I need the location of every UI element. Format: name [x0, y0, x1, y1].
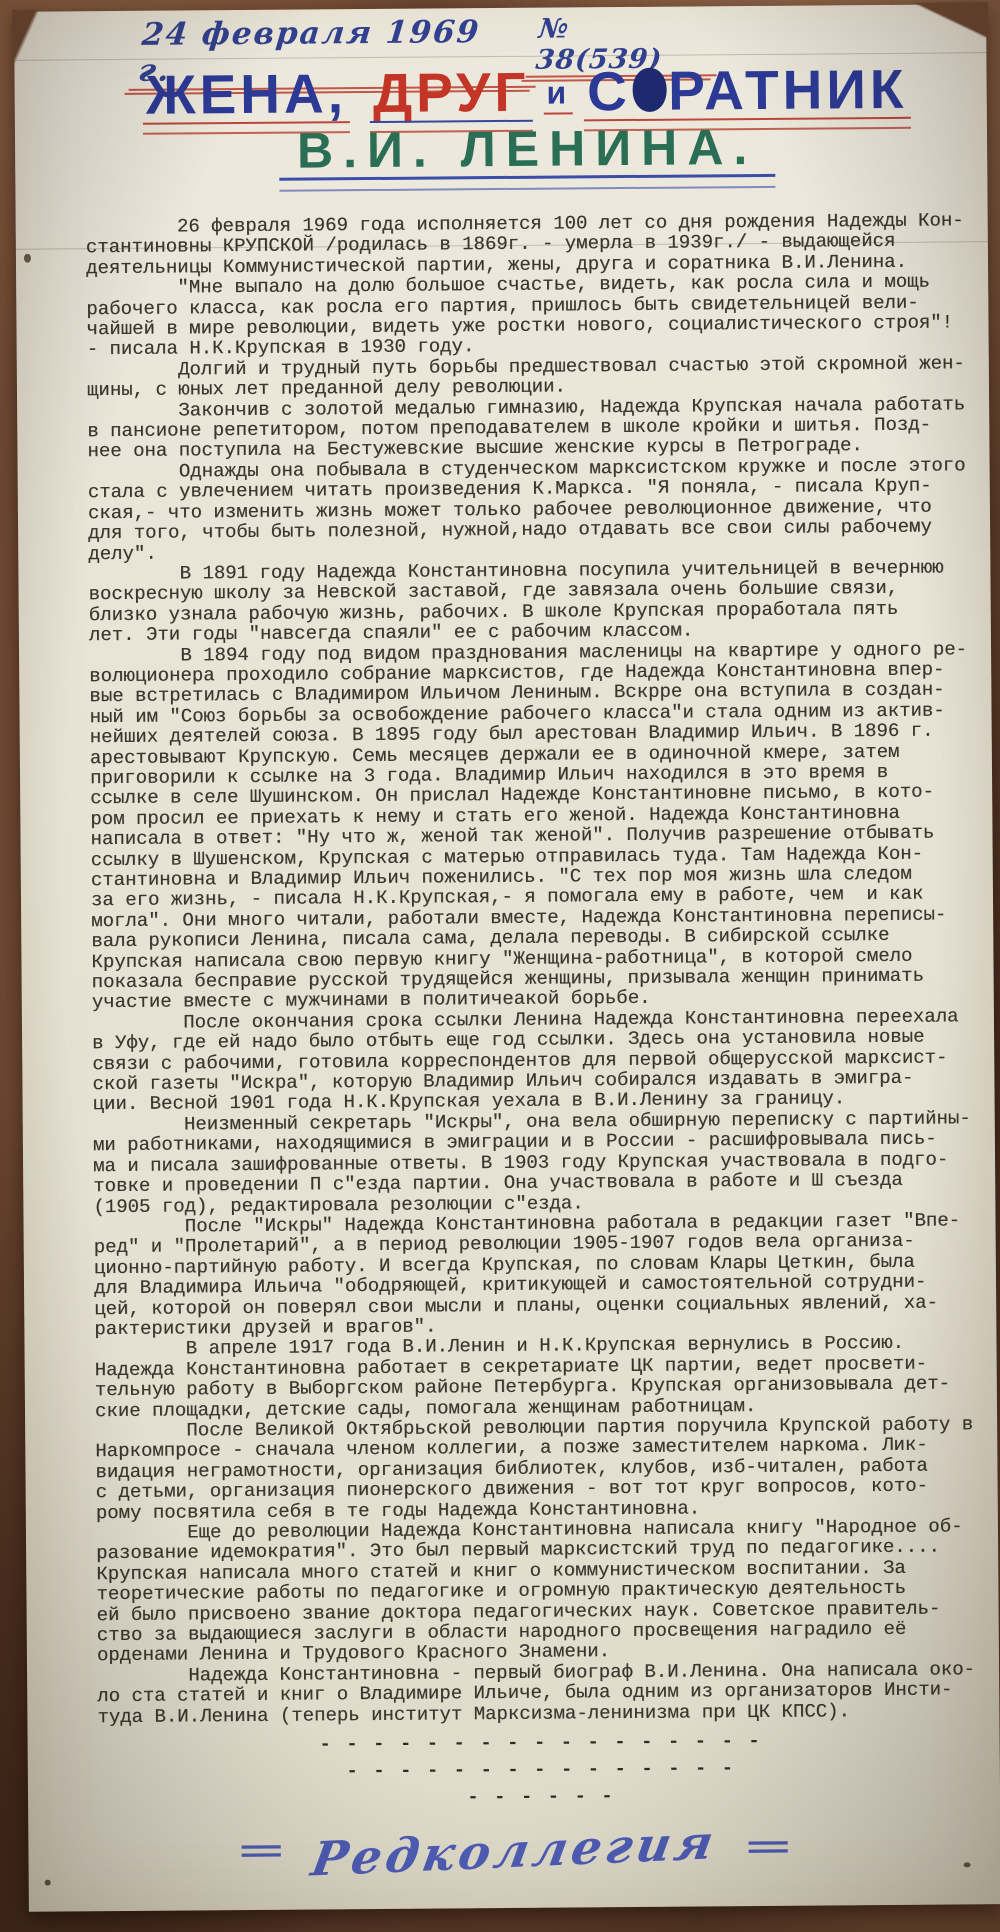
filled-letter-o — [632, 68, 666, 112]
paper-speck — [24, 254, 31, 263]
body-paragraph: "Мне выпало на долю большое счастье, вид… — [86, 272, 973, 361]
body-paragraph: В 1894 году под видом празднования масле… — [89, 639, 978, 1013]
body-paragraph: После Великой Октябрьской революции парт… — [95, 1414, 982, 1523]
dash-row: - - - - - - — [98, 1780, 984, 1814]
body-paragraph: После окончания срока ссылки Ленина Наде… — [92, 1006, 979, 1115]
signature-flourish-right: = — [745, 1831, 791, 1865]
title-line2-wrap: В.И. ЛЕНИНА. — [85, 116, 970, 193]
editorial-signature: =Редколлегия= — [28, 1820, 1000, 1883]
document-page: 24 февраля 1969 г. № 38(539) ЖЕНА,ДРУГиС… — [14, 4, 1000, 1912]
paper-corner-top-left — [12, 10, 38, 66]
title-word: и — [546, 74, 570, 117]
signature-flourish-left: = — [238, 1835, 284, 1869]
signature-text: Редколлегия — [308, 1815, 722, 1887]
body-paragraph: 26 февраля 1969 года исполняется 100 лет… — [86, 210, 972, 278]
photo-background: 24 февраля 1969 г. № 38(539) ЖЕНА,ДРУГиС… — [0, 0, 1000, 1932]
body-paragraph: Закончив с золотой медалью гимназию, Над… — [87, 394, 973, 462]
separator-dashes: - - - - - - - - - - - - - - - - -- - - -… — [98, 1726, 985, 1814]
body-paragraph: В апреле 1917 года В.И.Ленин и Н.К.Крупс… — [94, 1333, 981, 1422]
body-paragraph: Надежда Константиновна - первый биограф … — [97, 1659, 983, 1727]
paper-speck — [45, 1880, 51, 1886]
body-text: 26 февраля 1969 года исполняется 100 лет… — [86, 210, 984, 1727]
body-paragraph: В 1891 году Надежда Константиновна посуп… — [88, 557, 975, 646]
paper-speck — [964, 1862, 971, 1867]
body-paragraph: Еще до революции Надежда Константиновна … — [96, 1516, 983, 1666]
body-paragraph: После "Искры" Надежда Константиновна раб… — [93, 1210, 980, 1339]
body-paragraph: Однажды она побывала в студенческом марк… — [88, 455, 975, 564]
body-paragraph: Неизменный секретарь "Искры", она вела о… — [93, 1108, 980, 1217]
title-line2: В.И. ЛЕНИНА. — [283, 118, 772, 192]
